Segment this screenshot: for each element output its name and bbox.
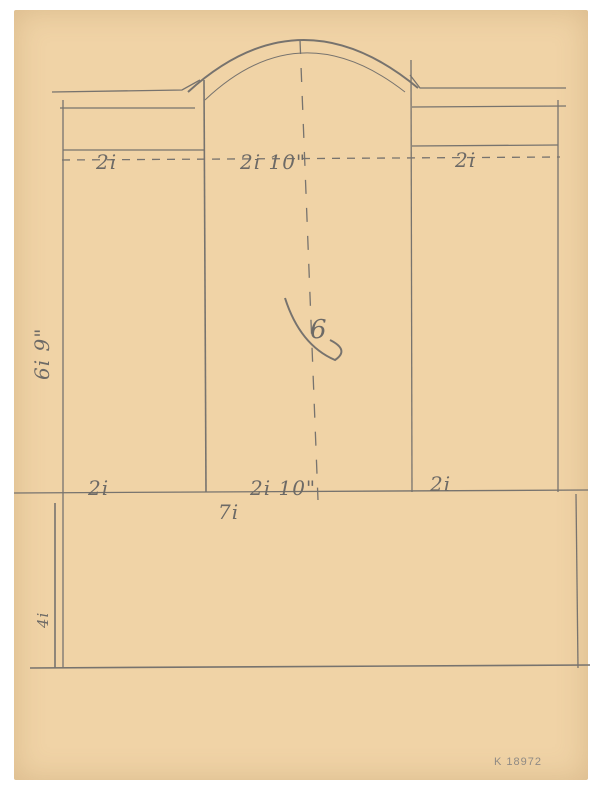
label-top-center-width: 2i 10"	[240, 150, 306, 174]
inventory-number: K 18972	[494, 756, 542, 768]
label-bottom-left-width: 2i	[88, 476, 109, 500]
pencil-lines	[0, 0, 600, 789]
label-base-height: 4i	[34, 612, 52, 628]
scanned-sheet: 2i 2i 10" 2i 2i 2i 10" 2i 7i 6i 9" 6 4i …	[0, 0, 600, 789]
label-top-right-width: 2i	[455, 148, 476, 172]
label-total-width: 7i	[218, 500, 239, 524]
label-top-left-width: 2i	[96, 150, 117, 174]
label-center-height: 6	[310, 315, 328, 345]
label-bottom-center-width: 2i 10"	[250, 476, 316, 500]
label-bottom-right-width: 2i	[430, 472, 451, 496]
label-left-height: 6i 9"	[30, 328, 54, 380]
